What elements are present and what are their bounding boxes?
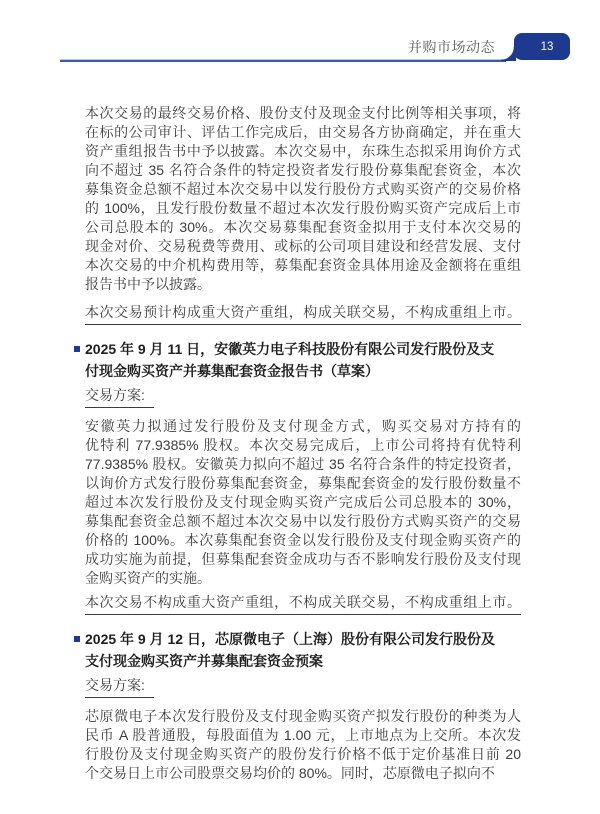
text-line: 本次交易的最终交易价格、股份支付及现金支付比例等相关事项，将 [85, 104, 521, 123]
entry-title-lines: 2025 年 9 月 11 日，安徽英力电子科技股份有限公司发行股份及支付现金购… [85, 338, 521, 382]
text-line: 行股份及支付现金购买资产的股份发行价格不低于定价基准日前 20 [85, 745, 521, 764]
header-rule [60, 59, 506, 62]
scheme-label-row: 交易方案: [85, 386, 521, 408]
text-line: 成功实施为前提，但募集配套资金成功与否不影响发行股份及支付现 [85, 550, 521, 569]
entry-conclusion: 本次交易不构成重大资产重组，不构成关联交易，不构成重组上市。 [85, 593, 521, 615]
entry-title-lines: 2025 年 9 月 12 日，芯原微电子（上海）股份有限公司发行股份及支付现金… [85, 628, 521, 672]
entry-title: 2025 年 9 月 12 日，芯原微电子（上海）股份有限公司发行股份及支付现金… [85, 628, 521, 672]
text-line: 安徽英力拟通过发行股份及支付现金方式，购买交易对方持有的 [85, 417, 521, 436]
entry-paragraph: 芯原微电子本次发行股份及支付现金购买资产拟发行股份的种类为人民币 A 股普通股，… [85, 707, 521, 783]
header-section-title: 并购市场动态 [408, 37, 495, 57]
text-line: 以询价方式发行股份募集配套资金，募集配套资金的发行股份数量不 [85, 474, 521, 493]
document-body: 本次交易的最终交易价格、股份支付及现金支付比例等相关事项，将在标的公司审计、评估… [85, 104, 521, 783]
entry: 2025 年 9 月 11 日，安徽英力电子科技股份有限公司发行股份及支付现金购… [85, 338, 521, 615]
intro-conclusion: 本次交易预计构成重大资产重组，构成关联交易，不构成重组上市。 [85, 303, 521, 325]
report-page: 并购市场动态 13 本次交易的最终交易价格、股份支付及现金支付比例等相关事项，将… [0, 0, 600, 814]
text-line: 价格的 100%。本次募集配套资金以发行股份及支付现金购买资产的 [85, 531, 521, 550]
text-line: 的 100%，且发行股份数量不超过本次发行股份购买资产完成后上市 [85, 199, 521, 218]
page-number: 13 [531, 41, 554, 53]
text-line: 报告书中予以披露。 [85, 275, 521, 294]
text-line: 个交易日上市公司股票交易均价的 80%。同时，芯原微电子拟向不 [85, 764, 521, 783]
scheme-label-row: 交易方案: [85, 676, 521, 698]
text-line: 付现金购买资产并募集配套资金报告书（草案） [85, 360, 521, 382]
bullet-square-icon [74, 346, 80, 352]
intro-paragraph: 本次交易的最终交易价格、股份支付及现金支付比例等相关事项，将在标的公司审计、评估… [85, 104, 521, 294]
text-line: 募集配套资金总额不超过本次交易中以发行股份方式购买资产的交易 [85, 512, 521, 531]
bullet-square-icon [74, 636, 80, 642]
text-line: 资产重组报告书中予以披露。本次交易中，东珠生态拟采用询价方式 [85, 142, 521, 161]
text-line: 超过本次发行股份及支付现金购买资产完成后公司总股本的 30%， [85, 493, 521, 512]
entry-paragraph: 安徽英力拟通过发行股份及支付现金方式，购买交易对方持有的优特利 77.9385%… [85, 417, 521, 588]
underlined-conclusion-text: 本次交易预计构成重大资产重组，构成关联交易，不构成重组上市。 [85, 303, 521, 325]
text-line: 77.9385% 股权。安徽英力拟向不超过 35 名符合条件的特定投资者， [85, 455, 521, 474]
text-line: 民币 A 股普通股，每股面值为 1.00 元，上市地点为上交所。本次发 [85, 726, 521, 745]
text-line: 2025 年 9 月 12 日，芯原微电子（上海）股份有限公司发行股份及 [85, 628, 521, 650]
underlined-conclusion-text: 本次交易不构成重大资产重组，不构成关联交易，不构成重组上市。 [85, 593, 521, 615]
entry-title: 2025 年 9 月 11 日，安徽英力电子科技股份有限公司发行股份及支付现金购… [85, 338, 521, 382]
scheme-label: 交易方案: [85, 386, 154, 408]
text-line: 支付现金购买资产并募集配套资金预案 [85, 650, 521, 672]
text-line: 本次交易的中介机构费用等，募集配套资金具体用途及金额将在重组 [85, 256, 521, 275]
text-line: 现金对价、交易税费等费用、或标的公司项目建设和经营发展、支付 [85, 237, 521, 256]
page-number-badge: 13 [514, 33, 570, 60]
text-line: 金购买资产的实施。 [85, 569, 521, 588]
text-line: 募集资金总额不超过本次交易中以发行股份方式购买资产的交易价格 [85, 180, 521, 199]
text-line: 优特利 77.9385% 股权。本次交易完成后，上市公司将持有优特利 [85, 436, 521, 455]
text-line: 公司总股本的 30%。本次交易募集配套资金拟用于支付本次交易的 [85, 218, 521, 237]
entry: 2025 年 9 月 12 日，芯原微电子（上海）股份有限公司发行股份及支付现金… [85, 628, 521, 783]
text-line: 2025 年 9 月 11 日，安徽英力电子科技股份有限公司发行股份及支 [85, 338, 521, 360]
scheme-label: 交易方案: [85, 676, 154, 698]
text-line: 芯原微电子本次发行股份及支付现金购买资产拟发行股份的种类为人 [85, 707, 521, 726]
text-line: 在标的公司审计、评估工作完成后，由交易各方协商确定，并在重大 [85, 123, 521, 142]
text-line: 向不超过 35 名符合条件的特定投资者发行股份募集配套资金，本次 [85, 161, 521, 180]
